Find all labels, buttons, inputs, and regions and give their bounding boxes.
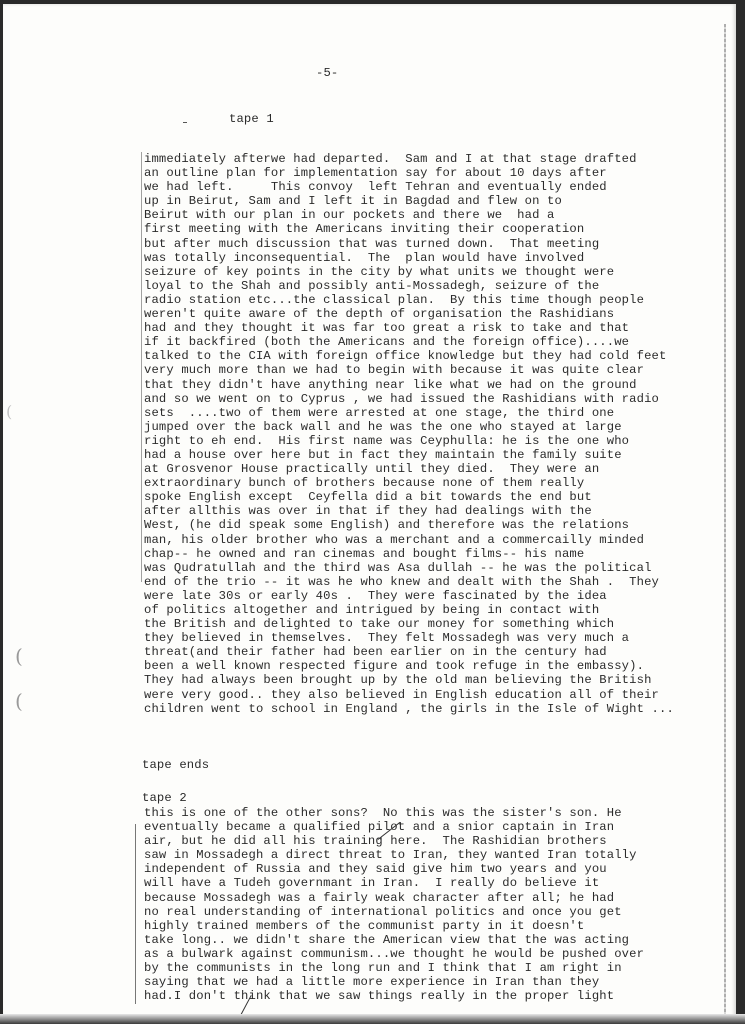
text-line: weren't quite aware of the depth of orga… (144, 307, 674, 321)
transcript-block-tape-2: this is one of the other sons? No this w… (144, 806, 644, 1003)
text-line: had.I don't think that we saw things rea… (144, 989, 644, 1003)
text-line: independent of Russia and they said give… (144, 862, 644, 876)
text-line: man, his older brother who was a merchan… (144, 533, 674, 547)
text-line: first meeting with the Americans invitin… (144, 222, 674, 236)
scan-bottom-edge (0, 1014, 745, 1024)
text-line: very much more than we had to begin with… (144, 363, 674, 377)
text-line: immediately afterwe had departed. Sam an… (144, 152, 674, 166)
text-line: the British and delighted to take our mo… (144, 617, 674, 631)
text-line: sets ....two of them were arrested at on… (144, 406, 674, 420)
transcript-block-tape-1: immediately afterwe had departed. Sam an… (144, 152, 674, 716)
text-line: was totally inconsequential. The plan wo… (144, 251, 674, 265)
text-line: had and they thought it was far too grea… (144, 321, 674, 335)
text-line: that they didn't have anything near like… (144, 378, 674, 392)
punch-hole-mark: ( (15, 644, 23, 668)
text-line: highly trained members of the communist … (144, 919, 644, 933)
text-line: no real understanding of international p… (144, 905, 644, 919)
page-number: -5- (316, 66, 338, 80)
punch-hole-mark: ( (6, 402, 12, 421)
text-line: if it backfired (both the Americans and … (144, 335, 674, 349)
text-line: seizure of key points in the city by wha… (144, 265, 674, 279)
text-line: at Grosvenor House practically until the… (144, 462, 674, 476)
text-line: extraordinary bunch of brothers because … (144, 476, 674, 490)
text-line: chap-- he owned and ran cinemas and boug… (144, 547, 674, 561)
text-line: of politics altogether and intrigued by … (144, 603, 674, 617)
text-line: will have a Tudeh governmant in Iran. I … (144, 876, 644, 890)
stray-mark (183, 122, 187, 123)
document-page: -5- tape 1 immediately afterwe had depar… (3, 4, 736, 1021)
section-end-label: tape ends (142, 758, 209, 772)
text-line: threat(and their father had been earlier… (144, 645, 674, 659)
punch-hole-mark: ( (15, 689, 23, 713)
text-line: by the communists in the long run and I … (144, 961, 644, 975)
text-line: air, but he did all his training here. T… (144, 834, 644, 848)
text-line: saying that we had a little more experie… (144, 975, 644, 989)
text-line: they believed in themselves. They felt M… (144, 631, 674, 645)
text-line: but after much discussion that was turne… (144, 237, 674, 251)
text-line: West, (he did speak some English) and th… (144, 518, 674, 532)
section-label-tape-1: tape 1 (229, 112, 274, 126)
page-edge-shadow (724, 24, 726, 1014)
text-line: take long.. we didn't share the American… (144, 933, 644, 947)
text-line: radio station etc...the classical plan. … (144, 293, 674, 307)
text-line: Beirut with our plan in our pockets and … (144, 208, 674, 222)
text-line: and so we went on to Cyprus , we had iss… (144, 392, 674, 406)
text-line: right to eh end. His first name was Ceyp… (144, 434, 674, 448)
text-line: end of the trio -- it was he who knew an… (144, 575, 674, 589)
text-line: talked to the CIA with foreign office kn… (144, 349, 674, 363)
text-line: we had left. This convoy left Tehran and… (144, 180, 674, 194)
text-line: jumped over the back wall and he was the… (144, 420, 674, 434)
text-line: up in Beirut, Sam and I left it in Bagda… (144, 194, 674, 208)
section-label-tape-2: tape 2 (142, 791, 187, 805)
margin-line (141, 152, 142, 582)
text-line: as a bulwark against communism...we thou… (144, 947, 644, 961)
text-line: been a well known respected figure and t… (144, 659, 674, 673)
text-line: loyal to the Shah and possibly anti-Moss… (144, 279, 674, 293)
text-line: because Mossadegh was a fairly weak char… (144, 891, 644, 905)
text-line: children went to school in England , the… (144, 702, 674, 716)
margin-line (135, 824, 136, 1004)
text-line: They had always been brought up by the o… (144, 673, 674, 687)
text-line: after allthis was over in that if they h… (144, 504, 674, 518)
text-line: spoke English except Ceyfella did a bit … (144, 490, 674, 504)
text-line: an outline plan for implementation say f… (144, 166, 674, 180)
text-line: was Qudratullah and the third was Asa du… (144, 561, 674, 575)
text-line: this is one of the other sons? No this w… (144, 806, 644, 820)
text-line: saw in Mossadegh a direct threat to Iran… (144, 848, 644, 862)
text-line: had a house over here but in fact they m… (144, 448, 674, 462)
text-line: were very good.. they also believed in E… (144, 688, 674, 702)
text-line: were late 30s or early 40s . They were f… (144, 589, 674, 603)
